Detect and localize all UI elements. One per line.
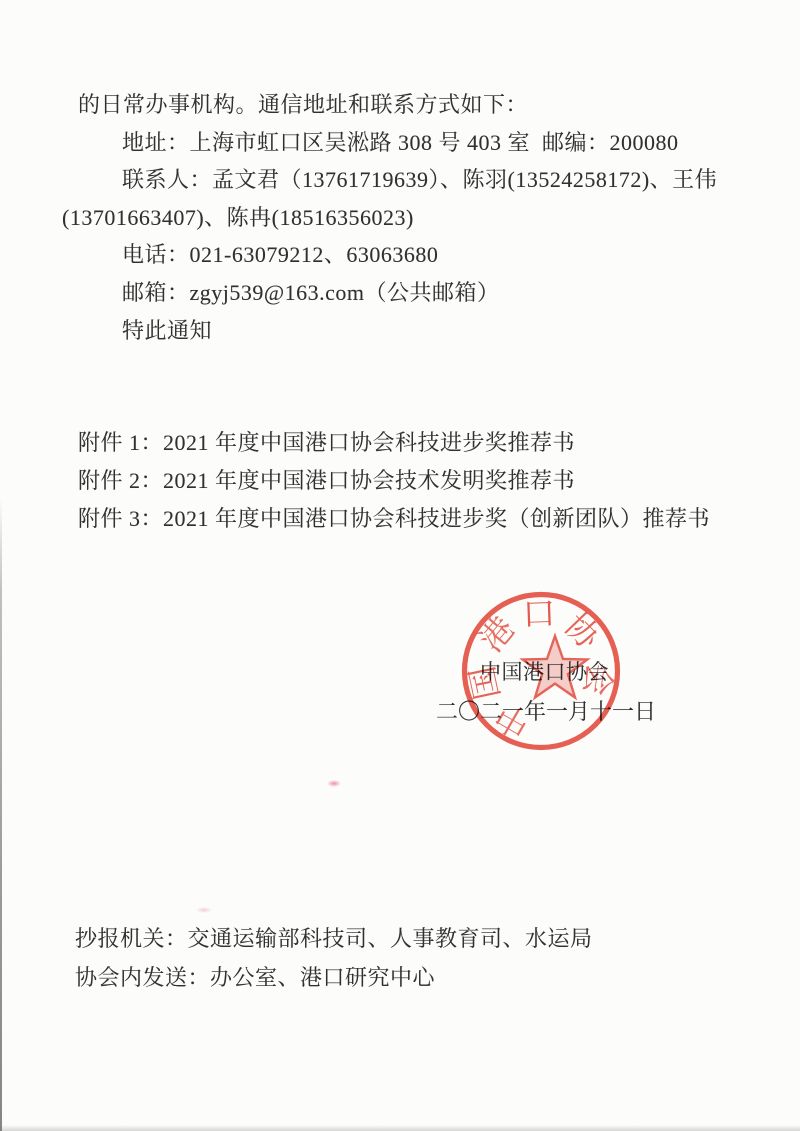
internal-distribution-line: 协会内发送：办公室、港口研究中心 bbox=[75, 959, 593, 998]
seal-char: 港 bbox=[473, 610, 523, 659]
seal-char: 中 bbox=[489, 696, 536, 745]
body-line-contacts: 联系人：孟文君（13761719639）、陈羽(13524258172)、王伟 bbox=[0, 161, 800, 199]
scanned-notice-page: 的日常办事机构。通信地址和联系方式如下： 地址：上海市虹口区吴淞路 308 号 … bbox=[0, 0, 800, 1131]
body-line-address: 地址：上海市虹口区吴淞路 308 号 403 室 邮编：200080 bbox=[0, 124, 800, 162]
body-line-closing: 特此通知 bbox=[0, 312, 800, 350]
scan-edge-artifact-bottom bbox=[0, 1125, 800, 1131]
attachment-line-1: 附件 1：2021 年度中国港口协会科技进步奖推荐书 bbox=[78, 424, 710, 462]
ink-smudge bbox=[196, 907, 212, 913]
attachment-line-3: 附件 3：2021 年度中国港口协会科技进步奖（创新团队）推荐书 bbox=[78, 500, 710, 538]
contact-info-section: 的日常办事机构。通信地址和联系方式如下： 地址：上海市虹口区吴淞路 308 号 … bbox=[0, 86, 800, 349]
body-line-contacts-continued: (13701663407)、陈冉(18516356023) bbox=[0, 199, 800, 237]
ink-smudge bbox=[327, 780, 341, 787]
scan-edge-artifact-left bbox=[0, 498, 2, 1131]
seal-char: 协 bbox=[557, 607, 607, 657]
copy-to-agencies-line: 抄报机关：交通运输部科技司、人事教育司、水运局 bbox=[75, 920, 593, 959]
official-red-seal: 中 国 港 口 协 会 bbox=[458, 588, 624, 754]
distribution-footer: 抄报机关：交通运输部科技司、人事教育司、水运局 协会内发送：办公室、港口研究中心 bbox=[75, 920, 593, 997]
body-line-email: 邮箱：zgyj539@163.com（公共邮箱） bbox=[0, 274, 800, 312]
body-line-1: 的日常办事机构。通信地址和联系方式如下： bbox=[0, 86, 800, 124]
seal-char: 会 bbox=[576, 660, 617, 698]
seal-char: 口 bbox=[522, 596, 556, 633]
seal-char: 国 bbox=[465, 663, 507, 703]
attachment-line-2: 附件 2：2021 年度中国港口协会技术发明奖推荐书 bbox=[78, 462, 710, 500]
body-line-phone: 电话：021-63079212、63063680 bbox=[0, 236, 800, 274]
attachments-section: 附件 1：2021 年度中国港口协会科技进步奖推荐书 附件 2：2021 年度中… bbox=[78, 424, 710, 537]
